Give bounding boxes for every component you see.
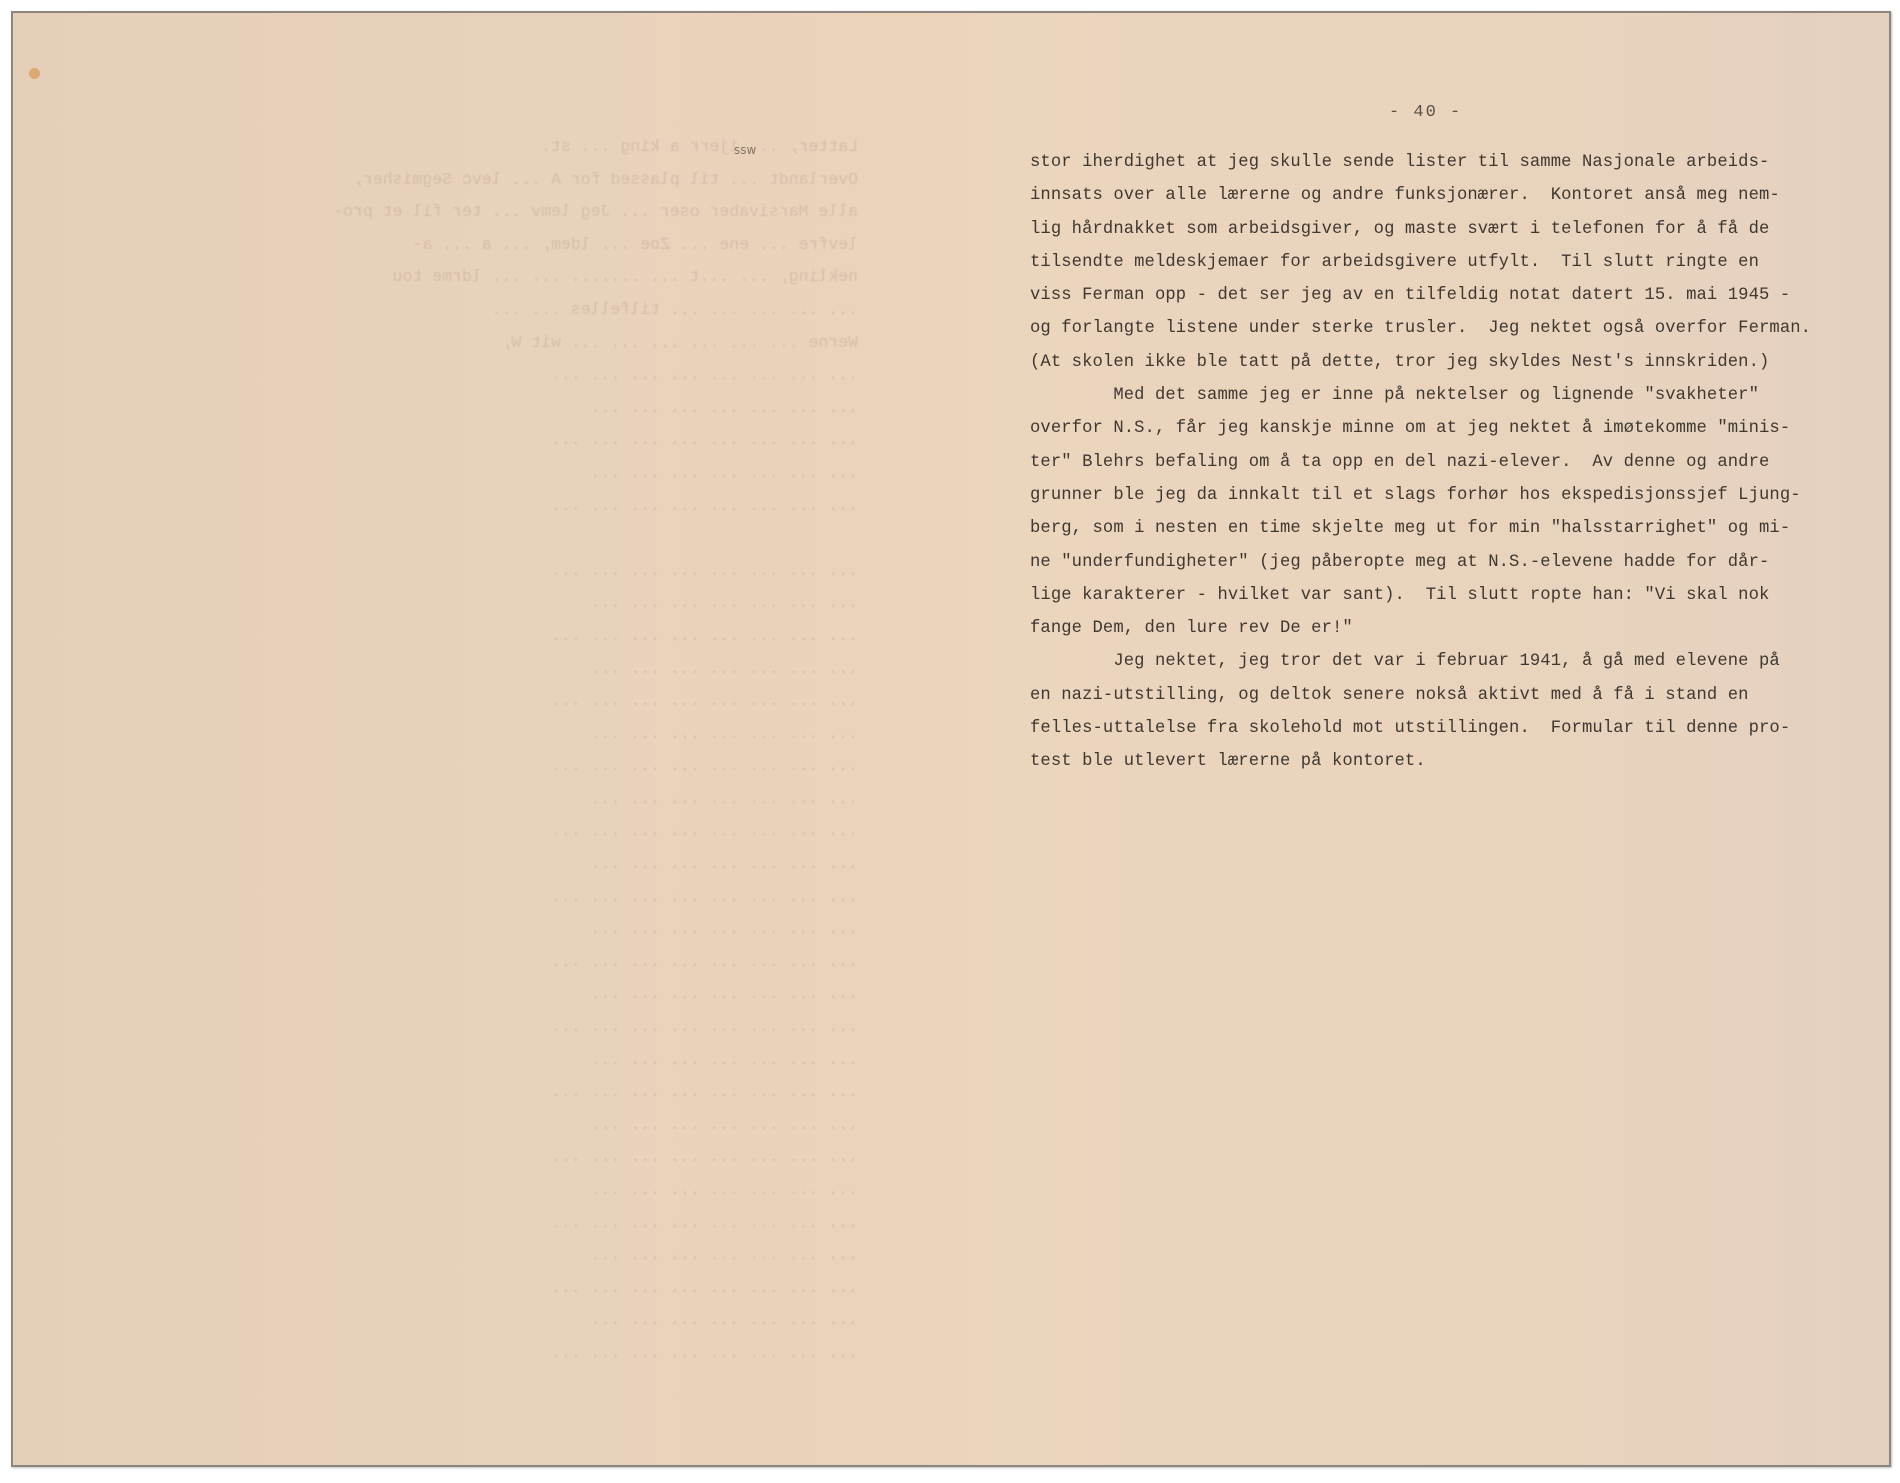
- ghost-line: ... ... ... ... ... ... ...: [58, 1239, 858, 1272]
- ghost-line: levfre ... ene ... Zoe ... ldem, ... a .…: [58, 229, 858, 262]
- ghost-line: ... ... ... ... ... ... ... ...: [58, 1141, 858, 1174]
- ghost-line: ... ... ... ... ... ... ... ...: [58, 359, 858, 392]
- text-line: fange Dem, den lure rev De er!": [1030, 612, 1870, 645]
- ghost-line: ... ... ... ... ... ... ...: [58, 1109, 858, 1142]
- ghost-line: ... ... ... ... ... ... ... ...: [58, 424, 858, 457]
- text-line: lige karakterer - hvilket var sant). Til…: [1030, 579, 1870, 612]
- ghost-line: [58, 522, 858, 555]
- ghost-line: ... ... ... ... ... ... ... ...: [58, 750, 858, 783]
- ghost-line: nekling, ... ...t ... ....... ... ... ld…: [58, 261, 858, 294]
- ghost-line: ... ... ... ... ... ... ... ...: [58, 946, 858, 979]
- ghost-line: ... ... ... ... ... ... ...: [58, 392, 858, 425]
- text-line: viss Ferman opp - det ser jeg av en tilf…: [1030, 279, 1870, 312]
- ghost-line: ... ... ... ... ... ... ... ...: [58, 1337, 858, 1370]
- ghost-line: ... ... ... ... ... ... ...: [58, 1304, 858, 1337]
- ghost-line: ... ... ... ... ... ... ...: [58, 1044, 858, 1077]
- ghost-line: ... ... ... ... ... ... ...: [58, 978, 858, 1011]
- text-line: stor iherdighet at jeg skulle sende list…: [1030, 146, 1870, 179]
- ghost-line: ... ... ... ... ... ... ... ...: [58, 490, 858, 523]
- text-line: lig hårdnakket som arbeidsgiver, og mast…: [1030, 213, 1870, 246]
- right-page-body-text: stor iherdighet at jeg skulle sende list…: [1030, 146, 1870, 779]
- ghost-line: ... ... ... ... ... ... ... ...: [58, 1011, 858, 1044]
- text-line: berg, som i nesten en time skjelte meg u…: [1030, 512, 1870, 545]
- ghost-line: ... ... ... ... ... ... ... ...: [58, 1207, 858, 1240]
- text-line: tilsendte meldeskjemaer for arbeidsgiver…: [1030, 246, 1870, 279]
- ghost-line: ... ... ... ... ... ... ...: [58, 848, 858, 881]
- ghost-line: ... ... ... ... ... ... ...: [58, 783, 858, 816]
- text-line: og forlangte listene under sterke trusle…: [1030, 312, 1870, 345]
- ghost-line: ... ... ... ... ... ... ... ...: [58, 1272, 858, 1305]
- ghost-line: ... ... ... ... ... ... ...: [58, 1174, 858, 1207]
- text-line: ne "underfundigheter" (jeg påberopte meg…: [1030, 546, 1870, 579]
- ghost-line: Overlandt ... til plassed for A ... levc…: [58, 164, 858, 197]
- text-line: overfor N.S., får jeg kanskje minne om a…: [1030, 412, 1870, 445]
- text-line: test ble utlevert lærerne på kontoret.: [1030, 745, 1870, 778]
- text-line: innsats over alle lærerne og andre funks…: [1030, 179, 1870, 212]
- ghost-line: ... ... ... ... ... ... ... ...: [58, 685, 858, 718]
- ghost-line: ... ... ... ... ... ... ... ...: [58, 815, 858, 848]
- text-line: Med det samme jeg er inne på nektelser o…: [1030, 379, 1870, 412]
- text-line: Jeg nektet, jeg tror det var i februar 1…: [1030, 645, 1870, 678]
- ghost-line: ... ... ... ... ... ... ... ...: [58, 555, 858, 588]
- text-line: (At skolen ikke ble tatt på dette, tror …: [1030, 346, 1870, 379]
- scanned-document-spread: ssw Latter, ... ijerr a king ... st.Over…: [11, 11, 1891, 1467]
- ghost-line: ... ... ... ... ... ... ...: [58, 653, 858, 686]
- ghost-line: ... ... ... ... ... ... ...: [58, 913, 858, 946]
- ghost-line: alle Marsivaber oser ... Jeg lemv ... te…: [58, 196, 858, 229]
- text-line: ter" Blehrs befaling om å ta opp en del …: [1030, 446, 1870, 479]
- ghost-line: Werne ... ... ... ... ... ... wit W,: [58, 327, 858, 360]
- left-page-show-through-text: Latter, ... ijerr a king ... st.Overland…: [58, 131, 858, 1370]
- ghost-line: ... ... ... ... ... ... ...: [58, 587, 858, 620]
- ghost-line: ... ... ... ... ... ... ... ...: [58, 1076, 858, 1109]
- ghost-line: Latter, ... ijerr a king ... st.: [58, 131, 858, 164]
- ghost-line: ... ... ... ... ... ... ... ...: [58, 620, 858, 653]
- text-line: grunner ble jeg da innkalt til et slags …: [1030, 479, 1870, 512]
- ghost-line: ... ... ... ... ... ... ...: [58, 457, 858, 490]
- paper-stain: [29, 68, 40, 79]
- text-line: felles-uttalelse fra skolehold mot utsti…: [1030, 712, 1870, 745]
- ghost-line: ... ... ... ... ... ... ...: [58, 718, 858, 751]
- ghost-line: ... ... ... ... ... ... ... ...: [58, 881, 858, 914]
- text-line: en nazi-utstilling, og deltok senere nok…: [1030, 679, 1870, 712]
- ghost-line: ... ... ... ... ... tilfelles ... ...: [58, 294, 858, 327]
- page-number: - 40 -: [1389, 103, 1462, 122]
